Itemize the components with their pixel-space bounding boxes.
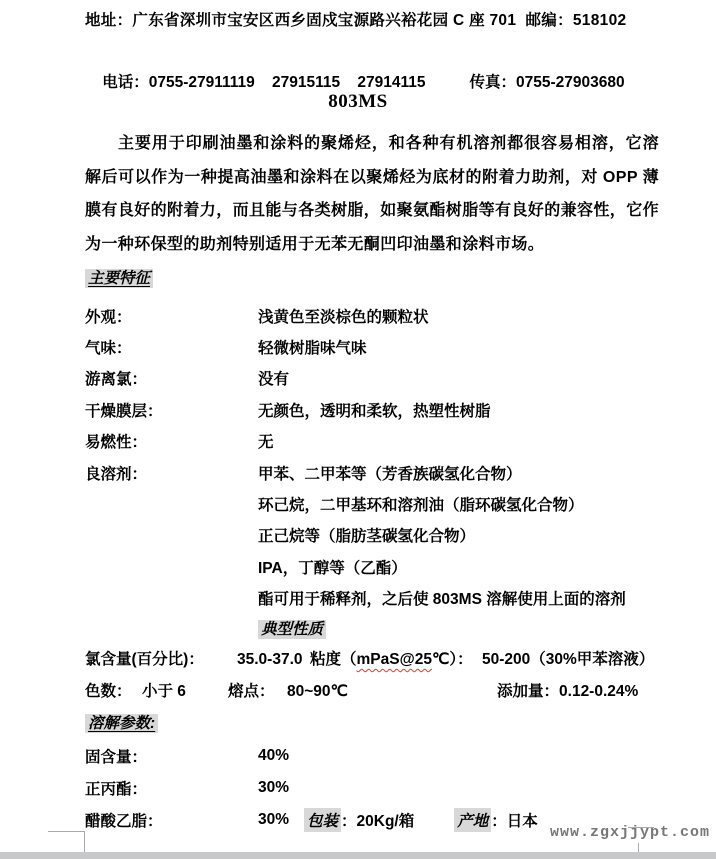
feature-value: 正己烷等（脂肪茎碳氢化合物） <box>258 524 475 546</box>
feature-row: 气味：轻微树脂味气味 <box>85 331 673 362</box>
features-heading-text: 主要特征 <box>85 269 153 288</box>
feature-label: 易燃性： <box>85 430 258 452</box>
feature-value: 甲苯、二甲苯等（芳香族碳氢化合物） <box>258 462 522 484</box>
intro-paragraph: 主要用于印刷油墨和涂料的聚烯烃，和各种有机溶剂都很容易相溶，它溶解后可以作为一种… <box>85 127 659 261</box>
solubility-row: 固含量：40% <box>85 740 685 772</box>
solubility-table: 固含量：40% 正丙酯：30% 醋酸乙脂：30%包装：20Kg/箱产地：日本 <box>85 740 685 836</box>
additive-value: 0.12-0.24% <box>559 683 638 700</box>
section-heading-solubility: 溶解参数: <box>85 711 158 733</box>
table-border-mark-horizontal <box>628 827 654 828</box>
feature-row: IPA，丁醇等（乙酯） <box>85 551 673 582</box>
color-number-label: 色数： <box>85 677 132 707</box>
feature-row: 环己烷，二甲基环和溶剂油（脂环碳氢化合物） <box>85 488 673 519</box>
feature-row: 良溶剂：甲苯、二甲苯等（芳香族碳氢化合物） <box>85 457 673 488</box>
product-title: 803MS <box>0 91 716 113</box>
solubility-value: 30% <box>258 811 304 829</box>
feature-value: 无 <box>258 430 274 452</box>
additive-amount: 添加量：0.12-0.24% <box>497 677 638 707</box>
solubility-heading-text: 溶解参数: <box>85 714 158 733</box>
feature-value: 浅黄色至淡棕色的颗粒状 <box>258 305 429 327</box>
phone-label: 电话： <box>102 74 149 91</box>
feature-row: 干燥膜层：无颜色，透明和柔软，热塑性树脂 <box>85 394 673 425</box>
table-corner-mark-vertical <box>84 831 85 852</box>
section-heading-features: 主要特征 <box>85 266 153 288</box>
packaging-value: ：20Kg/箱 <box>341 809 414 831</box>
melting-point-value: 80~90℃ <box>287 677 348 707</box>
feature-value: 环己烷，二甲基环和溶剂油（脂环碳氢化合物） <box>258 493 584 515</box>
packaging-label: 包装 <box>304 808 341 832</box>
address-line: 地址：广东省深圳市宝安区西乡固戍宝源路兴裕花园 C 座 701 邮编：51810… <box>85 8 626 30</box>
fax-number: 0755-27903680 <box>516 74 625 91</box>
feature-value: 没有 <box>258 367 289 389</box>
solubility-value: 30% <box>258 779 289 797</box>
feature-row: 酯可用于稀释剂，之后使 803MS 溶解使用上面的溶剂 <box>85 583 673 614</box>
section-heading-typical: 典型性质 <box>258 617 326 639</box>
feature-value: 轻微树脂味气味 <box>258 336 367 358</box>
viscosity-label-prefix: 粘度（ <box>310 651 357 668</box>
page-bottom-edge <box>0 852 716 859</box>
additive-label: 添加量： <box>497 683 559 700</box>
melting-point-label: 熔点： <box>228 677 275 707</box>
phone-numbers: 0755-27911119 27915115 27914115 <box>149 74 426 91</box>
solubility-row: 正丙酯：30% <box>85 772 685 804</box>
feature-label: 良溶剂： <box>85 462 258 484</box>
solubility-label: 正丙酯： <box>85 777 258 799</box>
table-corner-mark-horizontal <box>48 831 85 832</box>
viscosity-value: 50-200（30%甲苯溶液） <box>482 645 654 675</box>
viscosity-label-suffix: ℃）： <box>432 651 473 668</box>
document-page: 地址：广东省深圳市宝安区西乡固戍宝源路兴裕花园 C 座 701 邮编：51810… <box>0 0 716 859</box>
feature-row: 正己烷等（脂肪茎碳氢化合物） <box>85 520 673 551</box>
feature-row: 易燃性：无 <box>85 426 673 457</box>
feature-value: 无颜色，透明和柔软，热塑性树脂 <box>258 399 491 421</box>
feature-label: 气味： <box>85 336 258 358</box>
typical-row-1: 氯含量(百分比)： 35.0-37.0 粘度（mPaS@25℃）： 50-200… <box>0 645 716 675</box>
feature-row: 游离氯：没有 <box>85 363 673 394</box>
solubility-value: 40% <box>258 747 289 765</box>
viscosity-label: 粘度（mPaS@25℃）： <box>310 645 473 675</box>
feature-label: 游离氯： <box>85 367 258 389</box>
origin-label: 产地 <box>454 808 491 832</box>
table-border-mark-vertical <box>638 843 639 852</box>
solubility-label: 醋酸乙脂： <box>85 809 258 831</box>
feature-value: 酯可用于稀释剂，之后使 803MS 溶解使用上面的溶剂 <box>258 587 626 609</box>
viscosity-unit-spellcheck: mPaS@25 <box>357 651 432 668</box>
origin-value: ：日本 <box>491 809 538 831</box>
fax-label: 传真： <box>469 74 516 91</box>
color-number-value: 小于 6 <box>142 677 186 707</box>
feature-label: 外观： <box>85 305 258 327</box>
typical-row-2: 色数： 小于 6 熔点： 80~90℃ 添加量：0.12-0.24% <box>0 677 716 707</box>
feature-row: 外观：浅黄色至淡棕色的颗粒状 <box>85 300 673 331</box>
solubility-label: 固含量： <box>85 745 258 767</box>
feature-value: IPA，丁醇等（乙酯） <box>258 556 407 578</box>
typical-heading-text: 典型性质 <box>258 620 326 639</box>
chlorine-label: 氯含量(百分比)： <box>85 645 204 675</box>
chlorine-value: 35.0-37.0 <box>237 645 303 675</box>
features-table: 外观：浅黄色至淡棕色的颗粒状 气味：轻微树脂味气味 游离氯：没有 干燥膜层：无颜… <box>85 300 673 614</box>
feature-label: 干燥膜层： <box>85 399 258 421</box>
